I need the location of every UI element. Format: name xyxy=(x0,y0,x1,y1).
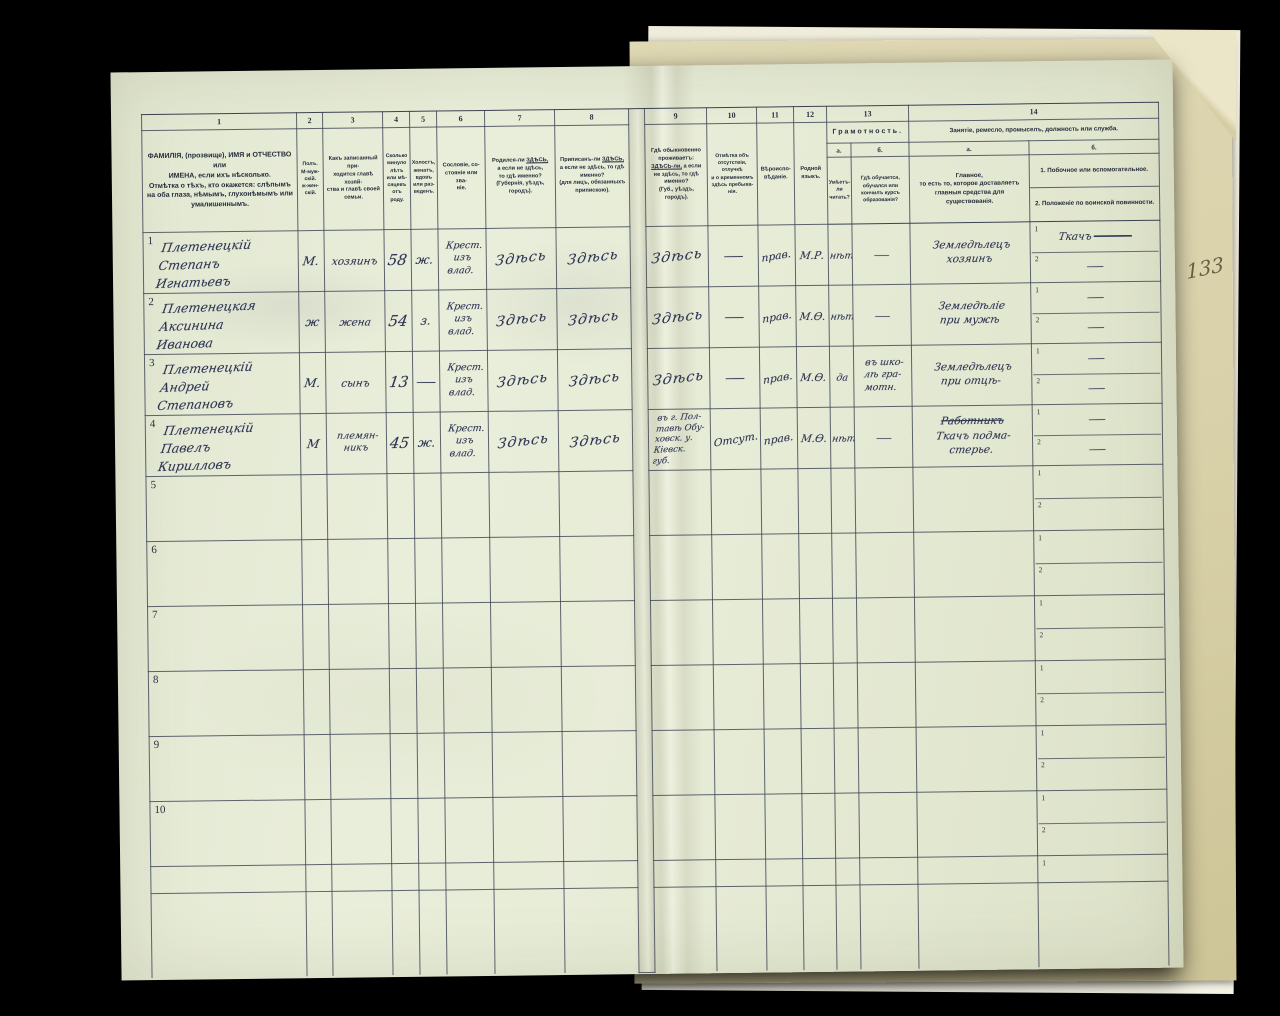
cell-name: 4Плетенецкій Павелъ Кирилловъ xyxy=(145,414,301,477)
cell-registered: Здѣсь xyxy=(558,410,633,472)
cell-occupation-side: 1 2 xyxy=(1037,789,1168,856)
cell-sex: ж xyxy=(299,291,326,352)
col-num: 13 xyxy=(826,105,908,122)
cell-absence: Отсут. xyxy=(710,408,761,470)
table-row: 7 1 2 xyxy=(148,594,1166,671)
col-num: 3 xyxy=(322,112,382,129)
table-row: 10 1 2 xyxy=(150,789,1168,866)
table-row: 6 1 2 xyxy=(147,529,1165,606)
cell-sex: М xyxy=(300,413,327,474)
cell-name: 9 xyxy=(149,735,305,802)
cell-language: М.Ѳ. xyxy=(796,285,830,346)
cell-estate: Крест. изъ влад. xyxy=(438,228,487,290)
cell-age: 54 xyxy=(385,290,413,351)
person-name: Плетенецкій Андрей Степановъ xyxy=(156,357,254,415)
cell-age: 45 xyxy=(386,412,414,473)
cell-occupation-side: 1Ткачъ———— 2— xyxy=(1030,220,1161,283)
cell-school: — xyxy=(853,284,912,346)
cell-relation: жена xyxy=(325,291,386,353)
cell-estate: Крест. изъ влад. xyxy=(440,411,489,473)
side-occupation-2: 2— xyxy=(1033,313,1160,343)
ruled-tails-row xyxy=(151,881,1169,978)
cell-name: 2Плетенецкая Аксинина Иванова xyxy=(144,292,300,355)
header-can-read: Умѣетъ- ли читать? xyxy=(827,157,852,224)
cell-estate: Крест. изъ влад. xyxy=(439,289,488,351)
col-num: 1 xyxy=(142,113,297,131)
side-occupation-1: 1Ткачъ———— xyxy=(1031,222,1158,254)
col-num: 4 xyxy=(382,111,409,127)
cell-occupation-side: 1— 2— xyxy=(1031,281,1162,344)
cell-language: М.Ѳ. xyxy=(796,346,830,407)
cell-school: — xyxy=(854,406,913,468)
cell-marital: з. xyxy=(412,290,440,351)
col-num: 2 xyxy=(296,112,322,128)
cell-born: Здѣсь xyxy=(486,228,557,290)
underlined-here: ЗДѢСЬ-ли, xyxy=(651,163,682,169)
col-num: 5 xyxy=(409,111,436,127)
side-occupation-2: 2— xyxy=(1032,252,1159,282)
cell-name: 1Плетенецкій Степанъ Игнатьевъ xyxy=(143,231,299,294)
header-side-occupation: 1. Побочное или вспомогательное. 2. Поло… xyxy=(1029,153,1160,222)
side-occupation-1: 1— xyxy=(1033,344,1160,376)
header-registered-here: Приписанъ-ли ЗДѢСЬ, а если не здѣсь, то … xyxy=(555,125,630,228)
col-num: 6 xyxy=(436,110,484,127)
header-marital: Холостъ, женатъ, вдовъ или раз- веденъ. xyxy=(410,127,438,229)
cell-resides: Здѣсь xyxy=(646,226,709,288)
table-row: 8 1 2 xyxy=(148,659,1166,736)
header-estate: Сословіе, со- стояніе или зва- ніе. xyxy=(437,126,486,229)
header-surname: ФАМИЛІЯ, (прозвище), ИМЯ и ОТЧЕСТВО или … xyxy=(142,129,298,233)
cell-occupation-side: 1— 2— xyxy=(1032,403,1163,466)
cell-occupation-side: 1— 2— xyxy=(1031,342,1162,405)
person-name: Плетенецкая Аксинина Иванова xyxy=(155,296,257,354)
cell-occupation-main: Земледѣліе при мужѣ xyxy=(911,283,1032,345)
col-num: 10 xyxy=(706,107,756,124)
row-number: 1 xyxy=(147,235,153,247)
cell-school: — xyxy=(852,223,911,285)
cell-school: въ шко- лѣ гра- мотн. xyxy=(853,345,912,407)
cell-reads: нѣт. xyxy=(828,224,853,285)
header-absence: Отмѣтка объ отсутствіи, отлучкѣ и о врем… xyxy=(707,123,758,226)
subletter-b: б. xyxy=(851,142,909,157)
cell-occupation-main: Земледѣлецъ при отцѣ- xyxy=(911,344,1032,406)
cell-name: 8 xyxy=(148,670,304,737)
underlined-here: ЗДѢСЬ, xyxy=(602,156,624,162)
photo-background: 133 1 2 3 4 5 6 7 8 9 xyxy=(0,0,1280,1016)
cell-estate: Крест. изъ влад. xyxy=(439,350,488,412)
header-age: Сколько минуло лѣтъ или мѣ- сяцевъ отъ р… xyxy=(383,127,411,229)
cell-age: 58 xyxy=(384,229,412,290)
cell-occupation-main: РаботникъТкачъ подма- стерье. xyxy=(912,405,1033,467)
row-number: 5 xyxy=(150,479,156,491)
person-name: Плетенецкій Степанъ Игнатьевъ xyxy=(154,235,252,293)
cell-registered: Здѣсь xyxy=(557,288,632,350)
cell-absence: — xyxy=(709,347,760,409)
cell-born: Здѣсь xyxy=(488,411,559,473)
cell-relation: хозяинъ xyxy=(324,230,385,292)
cell-occupation-side: 1 2 xyxy=(1035,659,1166,726)
cell-language: М.Ѳ. xyxy=(797,407,831,468)
header-literacy: Грамотность. xyxy=(827,121,909,143)
col-num: 11 xyxy=(756,107,793,123)
header-main-occupation: Главное, то есть то, которое доставляетъ… xyxy=(909,155,1030,223)
cell-sex: М. xyxy=(299,352,326,413)
header-where-studied: Гдѣ обучается, обучался или кончилъ курс… xyxy=(851,156,910,224)
cell-religion: прав. xyxy=(758,225,796,286)
cell-age: 13 xyxy=(385,351,413,412)
census-table: 1 2 3 4 5 6 7 8 9 10 11 12 13 14 ФАМИЛІЯ… xyxy=(141,102,1169,979)
col-num: 7 xyxy=(484,110,554,127)
person-name: Плетенецкій Павелъ Кирилловъ xyxy=(157,418,255,476)
cell-name: 6 xyxy=(147,540,303,607)
cell-religion: прав. xyxy=(759,347,797,408)
header-sex: Полъ. М-муж- скій. ж-жен- скій. xyxy=(297,128,324,230)
subletter-a: а. xyxy=(827,143,851,157)
side-occupation-2: 2— xyxy=(1033,374,1160,404)
header-side-occupation-2: 2. Положеніе по воинской повинности. xyxy=(1030,187,1159,222)
cell-registered: Здѣсь xyxy=(557,349,632,411)
cell-reads: нѣт. xyxy=(829,285,854,346)
header-relation: Какъ записанный при- ходится главѣ хозяй… xyxy=(323,128,384,231)
cell-marital: ж. xyxy=(413,412,441,473)
row-number: 6 xyxy=(151,544,157,556)
side-occupation-1: 1— xyxy=(1034,405,1161,437)
row-number: 9 xyxy=(154,739,160,751)
cell-registered: Здѣсь xyxy=(556,227,631,289)
header-language: Родной языкъ. xyxy=(794,122,828,224)
col-num: 12 xyxy=(793,106,826,122)
cell-marital: — xyxy=(412,351,440,412)
census-sheet: 1 2 3 4 5 6 7 8 9 10 11 12 13 14 ФАМИЛІЯ… xyxy=(110,60,1183,981)
header-resides: Гдѣ обыкновенно проживаетъ: ЗДѢСЬ-ли, а … xyxy=(645,124,708,227)
col-num: 9 xyxy=(644,108,706,125)
cell-relation: сынъ xyxy=(325,352,386,414)
cell-absence: — xyxy=(709,286,760,348)
cell-name: 10 xyxy=(150,800,306,867)
table-row: 9 1 2 xyxy=(149,724,1167,801)
cell-name: 3Плетенецкій Андрей Степановъ xyxy=(144,353,300,416)
cell-name: 7 xyxy=(148,605,304,672)
cell-born: Здѣсь xyxy=(487,350,558,412)
cell-name: 5 xyxy=(146,475,302,542)
underlined-here: ЗДѢСЬ, xyxy=(526,157,548,163)
cell-sex: М. xyxy=(298,230,325,291)
col-num: 8 xyxy=(554,109,628,126)
cell-absence: — xyxy=(708,225,759,287)
cell-resides: Здѣсь xyxy=(647,287,710,349)
side-occupation-1: 1— xyxy=(1032,283,1159,315)
header-born-here: Родился-ли ЗДѢСЬ, а если не здѣсь, то гд… xyxy=(485,126,556,229)
table-row: 5 1 2 xyxy=(146,464,1164,541)
cell-reads: да xyxy=(829,346,854,407)
cell-relation: племян- никъ xyxy=(326,413,387,475)
cell-marital: ж. xyxy=(411,229,439,290)
row-number: 2 xyxy=(148,296,154,308)
side-occupation-2: 2— xyxy=(1034,435,1161,465)
row-number: 3 xyxy=(149,357,155,369)
cell-reads: нѣт. xyxy=(830,407,855,468)
row-number: 10 xyxy=(154,804,165,816)
cell-occupation-side: 1 2 xyxy=(1034,594,1165,661)
cell-occupation-side: 1 2 xyxy=(1034,529,1165,596)
cell-religion: прав. xyxy=(760,408,798,469)
row-number: 7 xyxy=(152,609,158,621)
header-side-occupation-1: 1. Побочное или вспомогательное. xyxy=(1030,154,1159,189)
cell-occupation-side: 1 2 xyxy=(1036,724,1167,791)
header-religion: Вѣроиспо- вѣданіе. xyxy=(757,123,795,225)
cell-resides: въ г. Пол- тавѣ Обу- ховск. у. Кіевск. г… xyxy=(648,409,711,471)
cell-occupation-side: 1 2 xyxy=(1033,464,1164,531)
cell-occupation-main: Земледѣлецъ хозяинъ xyxy=(910,222,1031,284)
cell-religion: прав. xyxy=(759,286,797,347)
cell-born: Здѣсь xyxy=(487,289,558,351)
cell-resides: Здѣсь xyxy=(647,348,710,410)
row-number: 4 xyxy=(150,418,156,430)
row-number: 8 xyxy=(153,674,159,686)
cell-language: М.Р. xyxy=(795,224,829,285)
subletter-a: а. xyxy=(909,141,1029,156)
header-occupation: Занятіе, ремесло, промыселъ, должность и… xyxy=(909,118,1159,142)
